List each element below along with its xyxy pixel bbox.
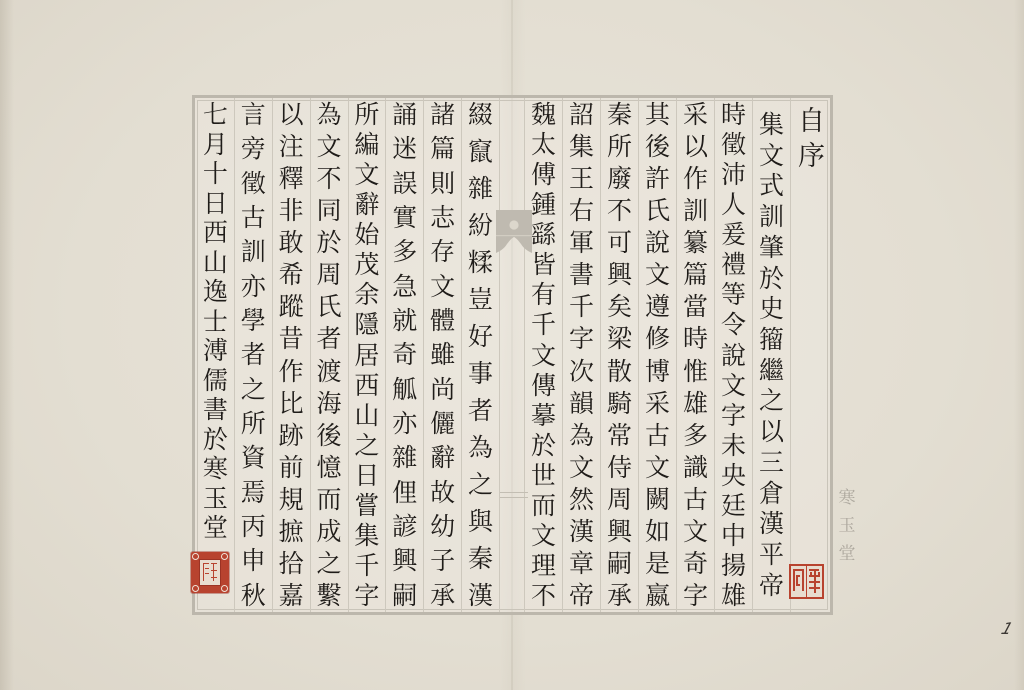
character: 之 <box>354 433 379 458</box>
character: 雜 <box>468 176 493 201</box>
character: 文 <box>569 455 594 480</box>
studio-name-char: 堂 <box>839 546 856 563</box>
text-column: 詔集王右軍書千字次韻為文然漢章帝 <box>562 98 600 612</box>
character: 注 <box>279 134 304 159</box>
character: 故 <box>430 480 455 505</box>
character: 申 <box>241 548 266 573</box>
character: 繇 <box>531 222 556 247</box>
character: 軍 <box>569 230 594 255</box>
left-page: 綴竄雜紛糅豈好事者為之與秦漢 諸篇則志存文體雖尚儷辭故幼子承 誦迷誤實多急就奇觚… <box>197 98 500 612</box>
character: 書 <box>203 397 228 422</box>
character: 資 <box>241 445 266 470</box>
character: 闕 <box>645 487 670 512</box>
character: 鍾 <box>531 192 556 217</box>
character: 廷 <box>721 493 746 518</box>
character: 世 <box>531 463 556 488</box>
character: 實 <box>392 205 417 230</box>
character: 渡 <box>317 359 342 384</box>
character: 右 <box>569 198 594 223</box>
character: 字 <box>569 326 594 351</box>
character: 嘗 <box>354 493 379 518</box>
character: 亦 <box>392 411 417 436</box>
character: 氏 <box>317 294 342 319</box>
character: 韻 <box>569 391 594 416</box>
character: 文 <box>430 274 455 299</box>
character: 而 <box>317 487 342 512</box>
character: 沛 <box>721 162 746 187</box>
character: 後 <box>317 423 342 448</box>
character: 傳 <box>531 373 556 398</box>
character: 禮 <box>721 252 746 277</box>
character: 文 <box>759 143 784 168</box>
text-column: 誦迷誤實多急就奇觚亦雜俚諺興嗣 <box>386 98 424 612</box>
character: 逸 <box>203 279 228 304</box>
character: 前 <box>279 455 304 480</box>
character: 有 <box>531 282 556 307</box>
character: 作 <box>279 359 304 384</box>
character: 籀 <box>759 327 784 352</box>
character: 修 <box>645 326 670 351</box>
character: 俚 <box>392 480 417 505</box>
character: 七 <box>203 102 228 127</box>
character: 存 <box>430 239 455 264</box>
text-column: 綴竄雜紛糅豈好事者為之與秦漢 <box>462 98 500 612</box>
character: 非 <box>279 198 304 223</box>
character: 中 <box>721 523 746 548</box>
character: 文 <box>683 519 708 544</box>
character: 徵 <box>241 171 266 196</box>
character: 豈 <box>468 287 493 312</box>
character: 西 <box>203 220 228 245</box>
character: 理 <box>531 553 556 578</box>
character: 山 <box>354 403 379 428</box>
character: 皆 <box>531 252 556 277</box>
character: 秦 <box>468 546 493 571</box>
character: 漢 <box>468 583 493 608</box>
character: 與 <box>468 509 493 534</box>
preface-title: 自 序 <box>794 108 825 170</box>
character: 而 <box>531 493 556 518</box>
character: 志 <box>430 205 455 230</box>
character: 成 <box>317 519 342 544</box>
title-char: 序 <box>798 143 825 170</box>
seal-stamp-icon <box>191 552 229 593</box>
text-column: 時徵沛人爰禮等令說文字未央廷中揚雄 <box>714 98 752 612</box>
character: 希 <box>279 262 304 287</box>
text-column: 秦所廢不可興矣梁散騎常侍周興嗣承 <box>600 98 638 612</box>
character: 許 <box>645 166 670 191</box>
character: 其 <box>645 102 670 127</box>
character: 千 <box>569 294 594 319</box>
character: 編 <box>354 132 379 157</box>
character: 好 <box>468 324 493 349</box>
signature-column: 七月十日西山逸士溥儒書於寒玉堂 <box>197 98 235 612</box>
character: 央 <box>721 463 746 488</box>
character: 識 <box>683 455 708 480</box>
character: 體 <box>430 308 455 333</box>
character: 誦 <box>392 102 417 127</box>
character: 觚 <box>392 377 417 402</box>
character: 竄 <box>468 139 493 164</box>
character: 儷 <box>430 411 455 436</box>
character: 字 <box>721 403 746 428</box>
character: 奇 <box>683 551 708 576</box>
character: 為 <box>569 423 594 448</box>
text-column: 集文式訓肇於史籀繼之以三倉漢平帝 <box>752 98 790 612</box>
character: 就 <box>392 308 417 333</box>
character: 憶 <box>317 455 342 480</box>
character: 之 <box>468 472 493 497</box>
character: 采 <box>683 102 708 127</box>
character: 日 <box>354 463 379 488</box>
character: 文 <box>721 373 746 398</box>
character: 尚 <box>430 377 455 402</box>
character: 跡 <box>279 423 304 448</box>
character: 侍 <box>607 455 632 480</box>
character: 誤 <box>392 171 417 196</box>
character: 所 <box>607 134 632 159</box>
character: 說 <box>721 343 746 368</box>
character: 徵 <box>721 132 746 157</box>
character: 幼 <box>430 514 455 539</box>
character: 集 <box>354 523 379 548</box>
character: 堂 <box>203 515 228 540</box>
character: 者 <box>317 326 342 351</box>
character: 事 <box>468 361 493 386</box>
character: 令 <box>721 312 746 337</box>
character: 嗣 <box>392 583 417 608</box>
character: 時 <box>683 326 708 351</box>
character: 書 <box>569 262 594 287</box>
character: 儒 <box>203 368 228 393</box>
character: 者 <box>241 342 266 367</box>
character: 溥 <box>203 338 228 363</box>
character: 千 <box>354 553 379 578</box>
character: 梁 <box>607 326 632 351</box>
character: 文 <box>317 134 342 159</box>
character: 山 <box>203 250 228 275</box>
character: 揚 <box>721 553 746 578</box>
character: 昔 <box>279 326 304 351</box>
character: 帝 <box>759 573 784 598</box>
text-column: 為文不同於周氏者渡海後憶而成之繫 <box>311 98 349 612</box>
character: 采 <box>645 391 670 416</box>
character: 後 <box>645 134 670 159</box>
character: 篇 <box>430 136 455 161</box>
text-column: 以注釋非敢希蹤昔作比跡前規摭拾嘉 <box>273 98 311 612</box>
character: 拾 <box>279 551 304 576</box>
character: 文 <box>645 455 670 480</box>
character: 雖 <box>430 342 455 367</box>
character: 玉 <box>203 486 228 511</box>
character: 周 <box>317 262 342 287</box>
text-column: 魏太傅鍾繇皆有千文傳摹於世而文理不 <box>524 98 562 612</box>
character: 士 <box>203 309 228 334</box>
character: 字 <box>683 583 708 608</box>
studio-name-char: 寒 <box>839 490 856 507</box>
character: 於 <box>759 266 784 291</box>
character: 常 <box>607 423 632 448</box>
character: 漢 <box>569 519 594 544</box>
page-mark: 1 <box>999 619 1015 638</box>
character: 肇 <box>759 235 784 260</box>
character: 摭 <box>279 519 304 544</box>
character: 矣 <box>607 294 632 319</box>
studio-name-char: 玉 <box>839 518 856 535</box>
character: 漢 <box>759 511 784 536</box>
character: 始 <box>354 222 379 247</box>
character: 雜 <box>392 445 417 470</box>
center-double-rule-icon <box>500 492 528 500</box>
character: 平 <box>759 542 784 567</box>
character: 然 <box>569 487 594 512</box>
character: 章 <box>569 551 594 576</box>
character: 比 <box>279 391 304 416</box>
character: 之 <box>241 377 266 402</box>
character: 雄 <box>721 583 746 608</box>
character: 未 <box>721 433 746 458</box>
character: 十 <box>203 161 228 186</box>
character: 月 <box>203 132 228 157</box>
character: 嘉 <box>279 583 304 608</box>
text-column: 采以作訓纂篇當時惟雄多識古文奇字 <box>676 98 714 612</box>
character: 訓 <box>241 239 266 264</box>
character: 秋 <box>241 583 266 608</box>
character: 古 <box>683 487 708 512</box>
character: 規 <box>279 487 304 512</box>
character: 急 <box>392 274 417 299</box>
character: 詔 <box>569 102 594 127</box>
character: 多 <box>683 423 708 448</box>
character: 綴 <box>468 102 493 127</box>
studio-name-label: 寒 玉 堂 <box>837 490 857 563</box>
character: 日 <box>203 191 228 216</box>
character: 興 <box>607 519 632 544</box>
character: 博 <box>645 359 670 384</box>
text-column: 所編文辭始茂余隱居西山之日嘗集千字 <box>349 98 387 612</box>
character: 焉 <box>241 480 266 505</box>
character: 寒 <box>203 456 228 481</box>
character: 字 <box>354 583 379 608</box>
character: 文 <box>531 343 556 368</box>
character: 文 <box>645 262 670 287</box>
character: 篇 <box>683 262 708 287</box>
character: 以 <box>759 419 784 444</box>
character: 奇 <box>392 342 417 367</box>
character: 之 <box>759 388 784 413</box>
character: 隱 <box>354 312 379 337</box>
character: 倉 <box>759 481 784 506</box>
character: 遵 <box>645 294 670 319</box>
character: 爰 <box>721 222 746 247</box>
character: 於 <box>531 433 556 458</box>
character: 糅 <box>468 250 493 275</box>
title-char: 自 <box>798 108 825 135</box>
character: 所 <box>241 411 266 436</box>
character: 嗣 <box>607 551 632 576</box>
character: 辭 <box>354 192 379 217</box>
character: 嬴 <box>645 583 670 608</box>
character: 居 <box>354 343 379 368</box>
character: 帝 <box>569 583 594 608</box>
character: 於 <box>317 230 342 255</box>
character: 三 <box>759 450 784 475</box>
character: 訓 <box>759 204 784 229</box>
character: 敢 <box>279 230 304 255</box>
character: 繫 <box>317 583 342 608</box>
character: 者 <box>468 398 493 423</box>
character: 文 <box>354 162 379 187</box>
character: 多 <box>392 239 417 264</box>
character: 纂 <box>683 230 708 255</box>
character: 則 <box>430 171 455 196</box>
character: 不 <box>317 166 342 191</box>
character: 興 <box>392 548 417 573</box>
character: 以 <box>279 102 304 127</box>
character: 摹 <box>531 403 556 428</box>
character: 不 <box>607 198 632 223</box>
fish-tail-icon <box>495 209 533 254</box>
character: 古 <box>241 205 266 230</box>
character: 訓 <box>683 198 708 223</box>
character: 是 <box>645 551 670 576</box>
character: 丙 <box>241 514 266 539</box>
character: 惟 <box>683 359 708 384</box>
character: 於 <box>203 427 228 452</box>
character: 次 <box>569 359 594 384</box>
character: 秦 <box>607 102 632 127</box>
scanned-page: 自 序 集文式訓肇於史籀繼之以三倉漢平帝 時徵沛人爰禮等令說文字未央廷中揚雄 采… <box>0 0 1024 690</box>
character: 承 <box>430 583 455 608</box>
character: 魏 <box>531 102 556 127</box>
character: 傅 <box>531 162 556 187</box>
character: 迷 <box>392 136 417 161</box>
character: 子 <box>430 548 455 573</box>
character: 釋 <box>279 166 304 191</box>
character: 言 <box>241 102 266 127</box>
character: 為 <box>317 102 342 127</box>
character: 興 <box>607 262 632 287</box>
character: 不 <box>531 583 556 608</box>
text-column: 諸篇則志存文體雖尚儷辭故幼子承 <box>424 98 462 612</box>
character: 等 <box>721 282 746 307</box>
character: 之 <box>317 551 342 576</box>
character: 作 <box>683 166 708 191</box>
character: 太 <box>531 132 556 157</box>
character: 茂 <box>354 252 379 277</box>
character: 承 <box>607 583 632 608</box>
character: 可 <box>607 230 632 255</box>
seal-stamp-icon <box>789 564 824 599</box>
character: 辭 <box>430 445 455 470</box>
character: 以 <box>683 134 708 159</box>
character: 諺 <box>392 514 417 539</box>
heading-column: 自 序 <box>790 98 828 612</box>
character: 余 <box>354 282 379 307</box>
character: 旁 <box>241 136 266 161</box>
character: 繼 <box>759 358 784 383</box>
character: 集 <box>759 112 784 137</box>
character: 集 <box>569 134 594 159</box>
character: 蹤 <box>279 294 304 319</box>
character: 說 <box>645 230 670 255</box>
character: 騎 <box>607 391 632 416</box>
character: 紛 <box>468 213 493 238</box>
character: 如 <box>645 519 670 544</box>
character: 諸 <box>430 102 455 127</box>
character: 千 <box>531 312 556 337</box>
character: 廢 <box>607 166 632 191</box>
character: 當 <box>683 294 708 319</box>
character: 古 <box>645 423 670 448</box>
character: 海 <box>317 391 342 416</box>
character: 王 <box>569 166 594 191</box>
character: 周 <box>607 487 632 512</box>
character: 學 <box>241 308 266 333</box>
character: 雄 <box>683 391 708 416</box>
character: 西 <box>354 373 379 398</box>
character: 同 <box>317 198 342 223</box>
character: 散 <box>607 359 632 384</box>
character: 史 <box>759 296 784 321</box>
character: 人 <box>721 192 746 217</box>
character: 式 <box>759 173 784 198</box>
character: 亦 <box>241 274 266 299</box>
text-column: 言旁徵古訓亦學者之所資焉丙申秋 <box>235 98 273 612</box>
character: 氏 <box>645 198 670 223</box>
character: 為 <box>468 435 493 460</box>
right-page: 自 序 集文式訓肇於史籀繼之以三倉漢平帝 時徵沛人爰禮等令說文字未央廷中揚雄 采… <box>524 98 828 612</box>
text-column: 其後許氏說文遵修博采古文闕如是嬴 <box>638 98 676 612</box>
character: 所 <box>354 102 379 127</box>
character: 文 <box>531 523 556 548</box>
character: 時 <box>721 102 746 127</box>
